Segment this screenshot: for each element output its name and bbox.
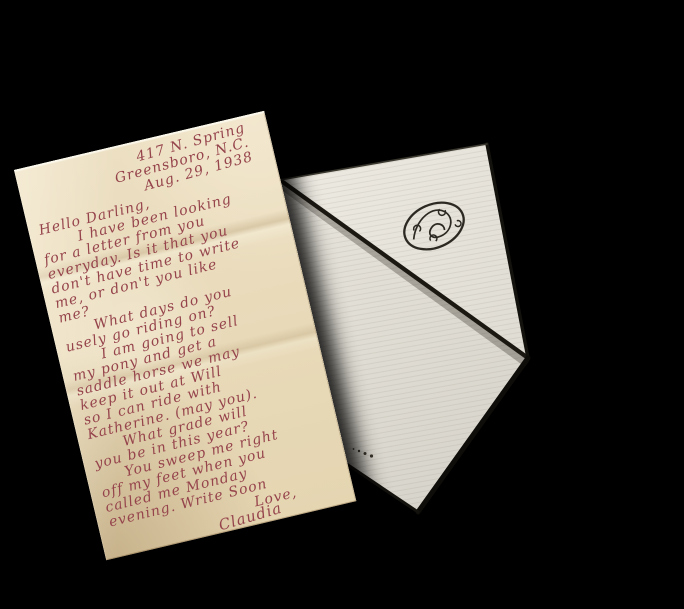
- photo-scene: 417 N. Spring Greensboro, N.C. Aug. 29, …: [0, 0, 684, 609]
